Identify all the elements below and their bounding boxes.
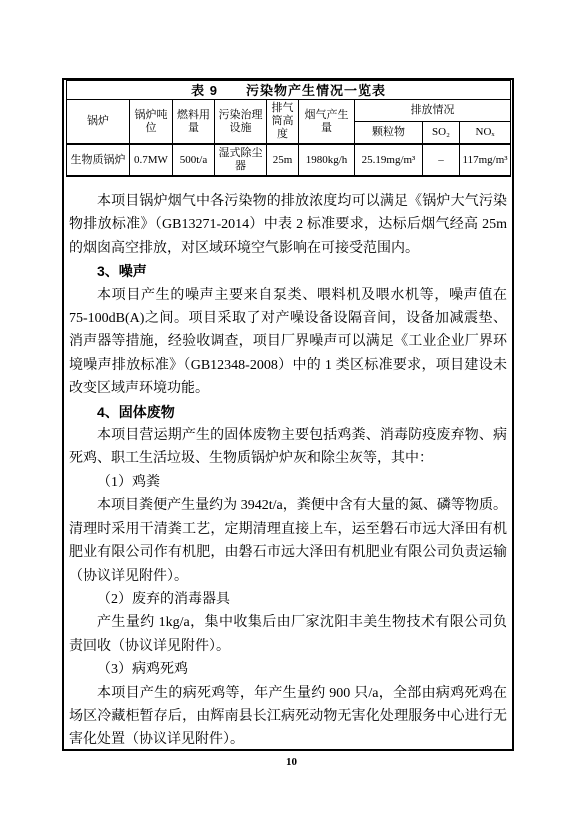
list-item-heading: （1）鸡粪 — [69, 471, 507, 494]
section-heading-solid-waste: 4、固体废物 — [69, 401, 507, 424]
cell-nox: 117mg/m³ — [460, 144, 511, 176]
col-header-tonnage: 锅炉吨位 — [130, 100, 173, 145]
col-header-flue-gas: 烟气产生量 — [299, 100, 355, 145]
table-row: 生物质锅炉 0.7MW 500t/a 湿式除尘器 25m 1980kg/h 25… — [67, 144, 511, 176]
col-header-boiler: 锅炉 — [67, 100, 130, 145]
col-header-emission-group: 排放情况 — [355, 100, 511, 122]
col-header-treatment: 污染治理设施 — [215, 100, 267, 145]
paragraph: 本项目产生的噪声主要来自泵类、喂料机及喂水机等，噪声值在 75-100dB(A)… — [69, 284, 507, 401]
col-header-stack: 排气筒高度 — [267, 100, 299, 145]
cell-particulate: 25.19mg/m³ — [355, 144, 423, 176]
table-title-row: 表 9 污染物产生情况一览表 — [67, 81, 511, 100]
cell-fuel-usage: 500t/a — [173, 144, 215, 176]
col-header-so2: SO₂ — [423, 121, 460, 144]
col-header-nox: NOₓ — [460, 121, 511, 144]
paragraph: 产生量约 1kg/a，集中收集后由厂家沈阳丰美生物技术有限公司负责回收（协议详见… — [69, 611, 507, 658]
body-text: 本项目锅炉烟气中各污染物的排放浓度均可以满足《锅炉大气污染物排放标准》（GB13… — [64, 177, 512, 751]
paragraph: 本项目营运期产生的固体废物主要包括鸡粪、消毒防疫废弃物、病死鸡、职工生活垃圾、生… — [69, 424, 507, 471]
cell-tonnage: 0.7MW — [130, 144, 173, 176]
content-frame: 表 9 污染物产生情况一览表 锅炉 锅炉吨位 燃料用量 污染治理设施 排气筒高度… — [62, 78, 514, 751]
page-number: 10 — [0, 756, 583, 768]
paragraph: 本项目锅炉烟气中各污染物的排放浓度均可以满足《锅炉大气污染物排放标准》（GB13… — [69, 190, 507, 260]
cell-treatment: 湿式除尘器 — [215, 144, 267, 176]
paragraph: 本项目粪便产生量约为 3942t/a，粪便中含有大量的氮、磷等物质。清理时采用干… — [69, 494, 507, 588]
pollutant-table: 表 9 污染物产生情况一览表 锅炉 锅炉吨位 燃料用量 污染治理设施 排气筒高度… — [66, 80, 511, 177]
paragraph: 本项目产生的病死鸡等，年产生量约 900 只/a，全部由病鸡死鸡在场区冷藏柜暂存… — [69, 682, 507, 751]
list-item-heading: （2）废弃的消毒器具 — [69, 588, 507, 611]
col-header-fuel: 燃料用量 — [173, 100, 215, 145]
col-header-particulate: 颗粒物 — [355, 121, 423, 144]
cell-boiler: 生物质锅炉 — [67, 144, 130, 176]
table-header-row: 锅炉 锅炉吨位 燃料用量 污染治理设施 排气筒高度 烟气产生量 排放情况 — [67, 100, 511, 122]
cell-flue-gas: 1980kg/h — [299, 144, 355, 176]
section-heading-noise: 3、噪声 — [69, 260, 507, 283]
list-item-heading: （3）病鸡死鸡 — [69, 658, 507, 681]
cell-so2: – — [423, 144, 460, 176]
table-title: 表 9 污染物产生情况一览表 — [67, 81, 511, 100]
cell-stack-height: 25m — [267, 144, 299, 176]
